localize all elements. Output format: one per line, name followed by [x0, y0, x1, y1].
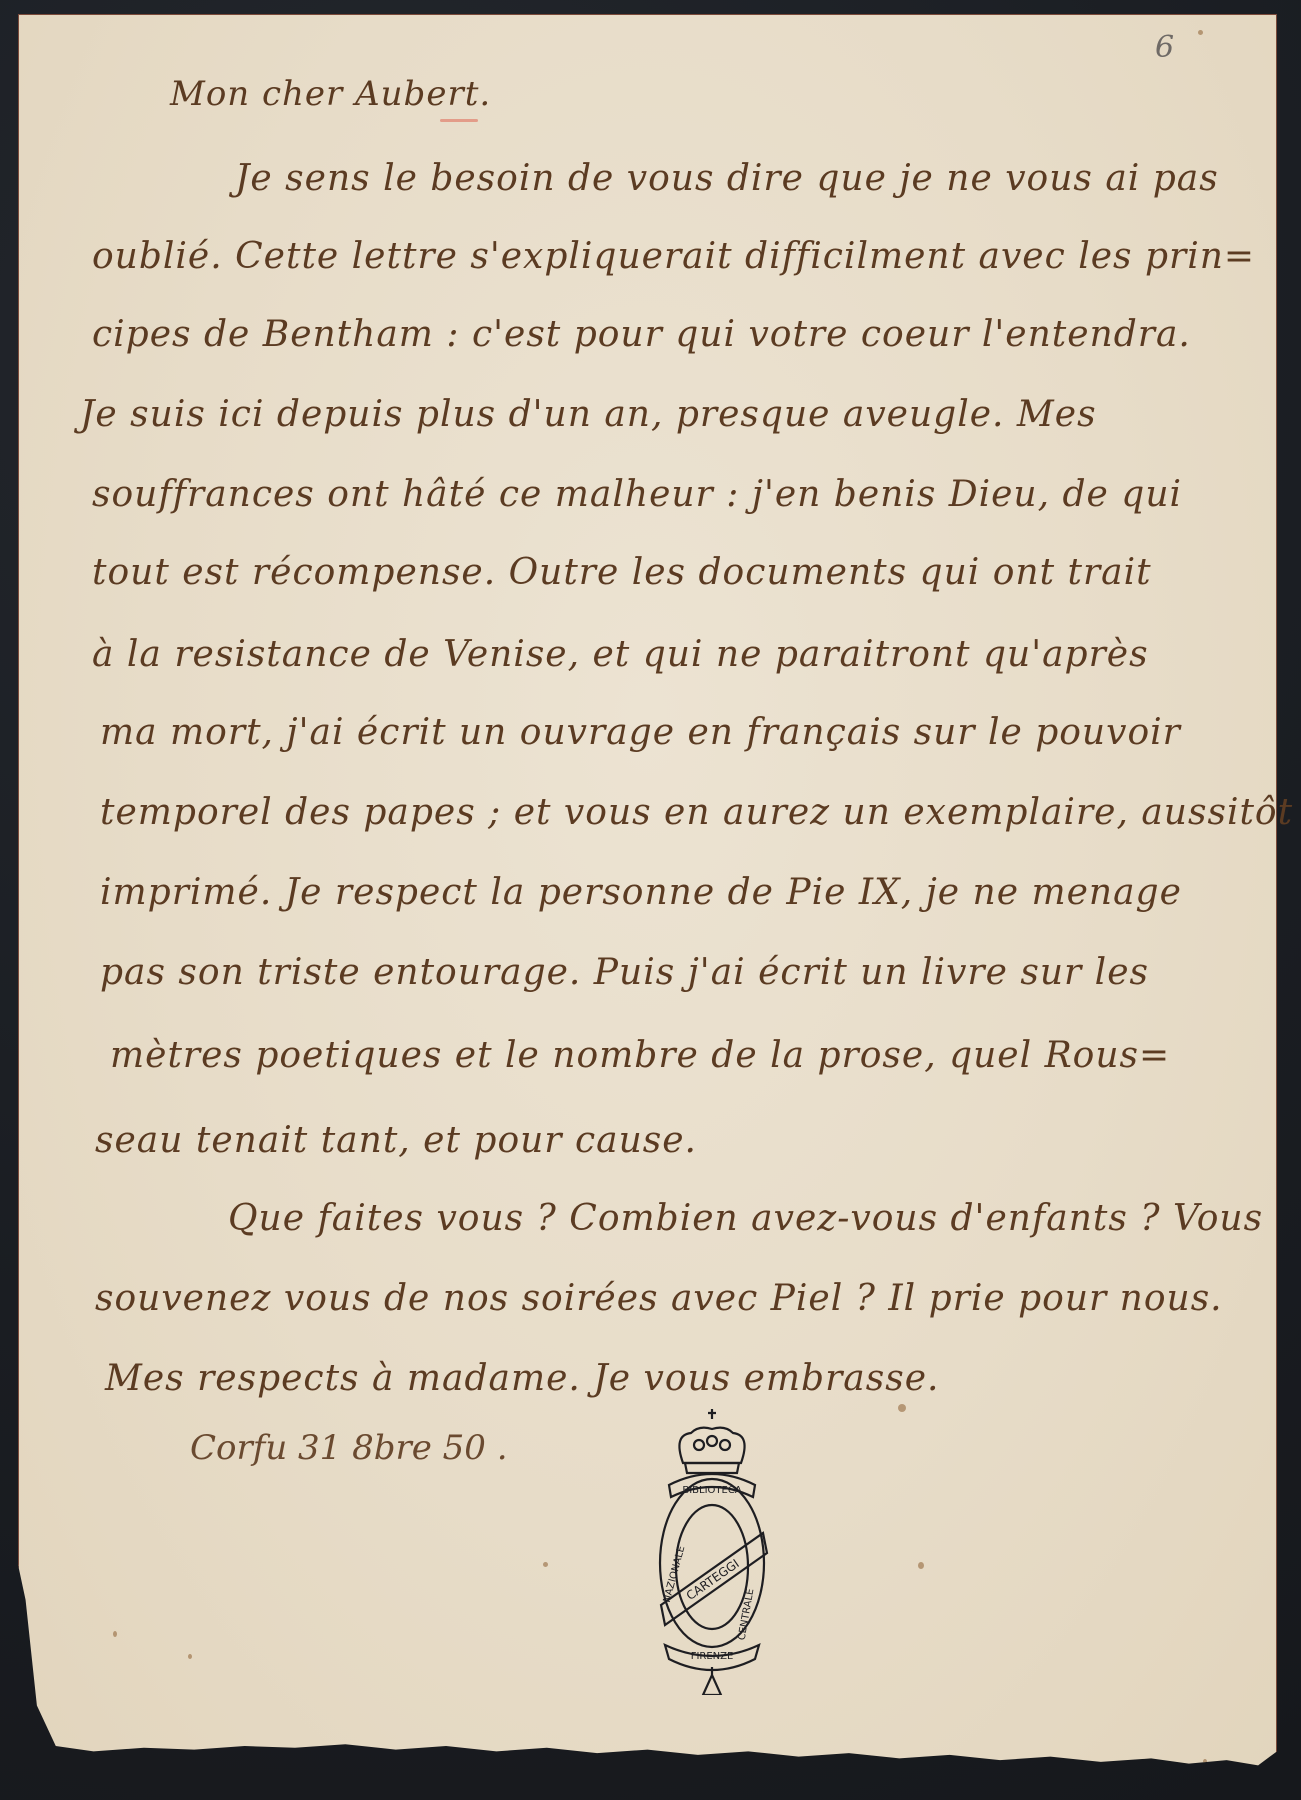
letter-line: mètres poetiques et le nombre de la pros…: [110, 1035, 1170, 1076]
stamp-center-text: CARTEGGI: [684, 1556, 742, 1603]
salutation: Mon cher Aubert.: [170, 74, 491, 114]
stamp-left-text: NAZIONALE: [662, 1545, 688, 1604]
letter-body: Mon cher Aubert. Je sens le besoin de vo…: [0, 0, 1301, 1800]
letter-line: pas son triste entourage. Puis j'ai écri…: [100, 952, 1149, 993]
red-pencil-mark: [440, 119, 478, 122]
letter-line: imprimé. Je respect la personne de Pie I…: [100, 872, 1182, 913]
letter-line: tout est récompense. Outre les documents…: [92, 552, 1152, 593]
letter-line: temporel des papes ; et vous en aurez un…: [100, 792, 1293, 833]
letter-line: Je sens le besoin de vous dire que je ne…: [235, 158, 1219, 199]
library-stamp: BIBLIOTECA NAZIONALE CARTEGGI CENTRALE F…: [655, 1405, 770, 1695]
letter-line: Mes respects à madame. Je vous embrasse.: [105, 1358, 939, 1399]
dateline: Corfu 31 8bre 50 .: [190, 1428, 508, 1468]
letter-line: souvenez vous de nos soirées avec Piel ?…: [95, 1278, 1223, 1319]
stamp-top-text: BIBLIOTECA: [682, 1485, 741, 1496]
crown-seal-icon: BIBLIOTECA NAZIONALE CARTEGGI CENTRALE F…: [655, 1405, 770, 1695]
letter-line: oublié. Cette lettre s'expliquerait diff…: [92, 236, 1255, 277]
letter-line: Que faites vous ? Combien avez-vous d'en…: [228, 1198, 1263, 1239]
letter-line: Je suis ici depuis plus d'un an, presque…: [80, 394, 1097, 435]
letter-line: souffrances ont hâté ce malheur : j'en b…: [92, 474, 1182, 515]
letter-line: cipes de Bentham : c'est pour qui votre …: [92, 314, 1191, 355]
letter-line: seau tenait tant, et pour cause.: [95, 1120, 697, 1161]
letter-line: à la resistance de Venise, et qui ne par…: [92, 634, 1149, 675]
letter-line: ma mort, j'ai écrit un ouvrage en frança…: [100, 712, 1181, 753]
stamp-bottom-text: FIRENZE: [691, 1651, 734, 1662]
